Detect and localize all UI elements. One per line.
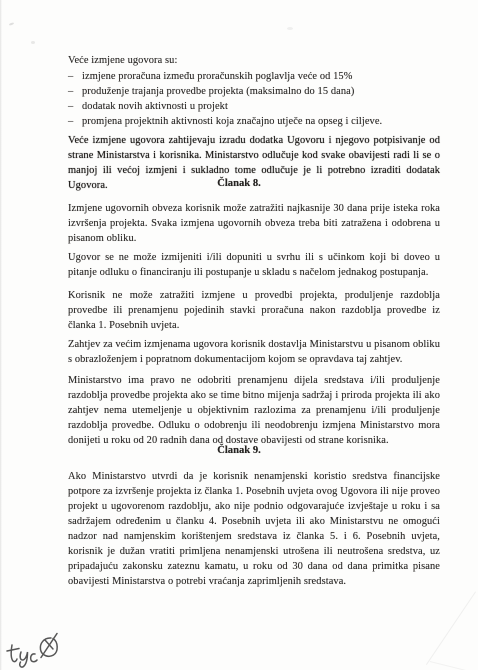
paragraph: Korisnik ne može zatražiti izmjene u pro… [68,288,440,333]
scan-speck [287,27,293,30]
scan-speck [9,22,14,26]
list-item-text: promjena projektnih aktivnosti koja znač… [82,114,440,129]
handwritten-initials-mark [4,630,70,670]
list-item-text: izmjene proračuna između proračunskih po… [82,69,440,84]
paragraph: Izmjene ugovornih obveza korisnik može z… [68,201,440,246]
intro-line: Veće izmjene ugovora su: [68,53,440,68]
dash-bullet: – [68,114,82,129]
dash-bullet: – [68,99,82,114]
scan-edge-shadow [0,0,2,670]
list-item: – promjena projektnih aktivnosti koja zn… [68,114,440,129]
intro-block: Veće izmjene ugovora su: – izmjene prora… [68,53,440,129]
paragraph: Zahtjev za većim izmjenama ugovora koris… [68,337,440,367]
fold-crease [426,591,476,665]
major-changes-list: – izmjene proračuna između proračunskih … [68,69,440,129]
list-item-text: dodatak novih aktivnosti u projekt [82,99,440,114]
scanned-page: Veće izmjene ugovora su: – izmjene prora… [0,0,478,670]
list-item: – dodatak novih aktivnosti u projekt [68,99,440,114]
paragraph: Ugovor se ne može izmijeniti i/ili dopun… [68,250,440,280]
article-9-heading: Članak 9. [0,445,478,456]
fold-crease [430,661,469,670]
paragraph: Ministarstvo ima pravo ne odobriti prena… [68,373,440,448]
dash-bullet: – [68,69,82,84]
scan-speck [31,41,35,44]
dash-bullet: – [68,84,82,99]
list-item: – izmjene proračuna između proračunskih … [68,69,440,84]
list-item: – produženje trajanja provedbe projekta … [68,84,440,99]
paragraph: Ako Ministarstvo utvrdi da je korisnik n… [68,469,440,589]
article-8-heading: Članak 8. [0,178,478,189]
list-item-text: produženje trajanja provedbe projekta (m… [82,84,440,99]
